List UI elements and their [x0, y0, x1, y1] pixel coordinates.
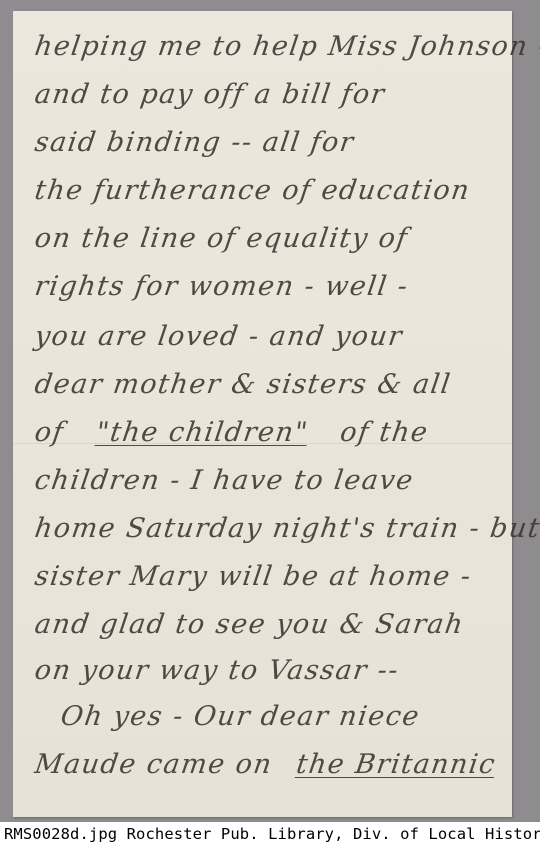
handwritten-line: rights for women - well -: [33, 271, 411, 302]
handwritten-line: and to pay off a bill for: [33, 79, 388, 110]
handwritten-line: Oh yes - Our dear niece: [59, 701, 422, 732]
line-text: of the: [338, 417, 430, 448]
handwritten-line: dear mother & sisters & all: [33, 369, 453, 400]
image-caption: RMS0028d.jpg Rochester Pub. Library, Div…: [4, 825, 540, 843]
underlined-phrase: "the children": [94, 417, 310, 448]
handwritten-line: Maude came on the Britannic: [33, 749, 498, 780]
handwritten-line: of "the children" of the: [33, 417, 431, 448]
handwritten-line: sister Mary will be at home -: [33, 561, 474, 592]
handwritten-line: home Saturday night's train - but: [33, 513, 540, 544]
scan-background: helping me to help Miss Johnson - and to…: [0, 0, 540, 822]
handwritten-line: on your way to Vassar --: [33, 655, 401, 686]
handwritten-line: and glad to see you & Sarah: [33, 609, 466, 640]
handwritten-line: on the line of equality of: [33, 223, 410, 254]
underlined-ship-name: the Britannic: [294, 749, 498, 780]
handwritten-line: you are loved - and your: [33, 321, 405, 352]
line-text: of: [33, 417, 67, 448]
handwritten-line: children - I have to leave: [33, 465, 416, 496]
letter-page: helping me to help Miss Johnson - and to…: [13, 11, 512, 817]
handwritten-line: said binding -- all for: [33, 127, 357, 158]
line-text: Maude came on: [33, 749, 275, 780]
handwritten-line: helping me to help Miss Johnson -: [33, 31, 540, 62]
handwritten-line: the furtherance of education: [33, 175, 473, 206]
